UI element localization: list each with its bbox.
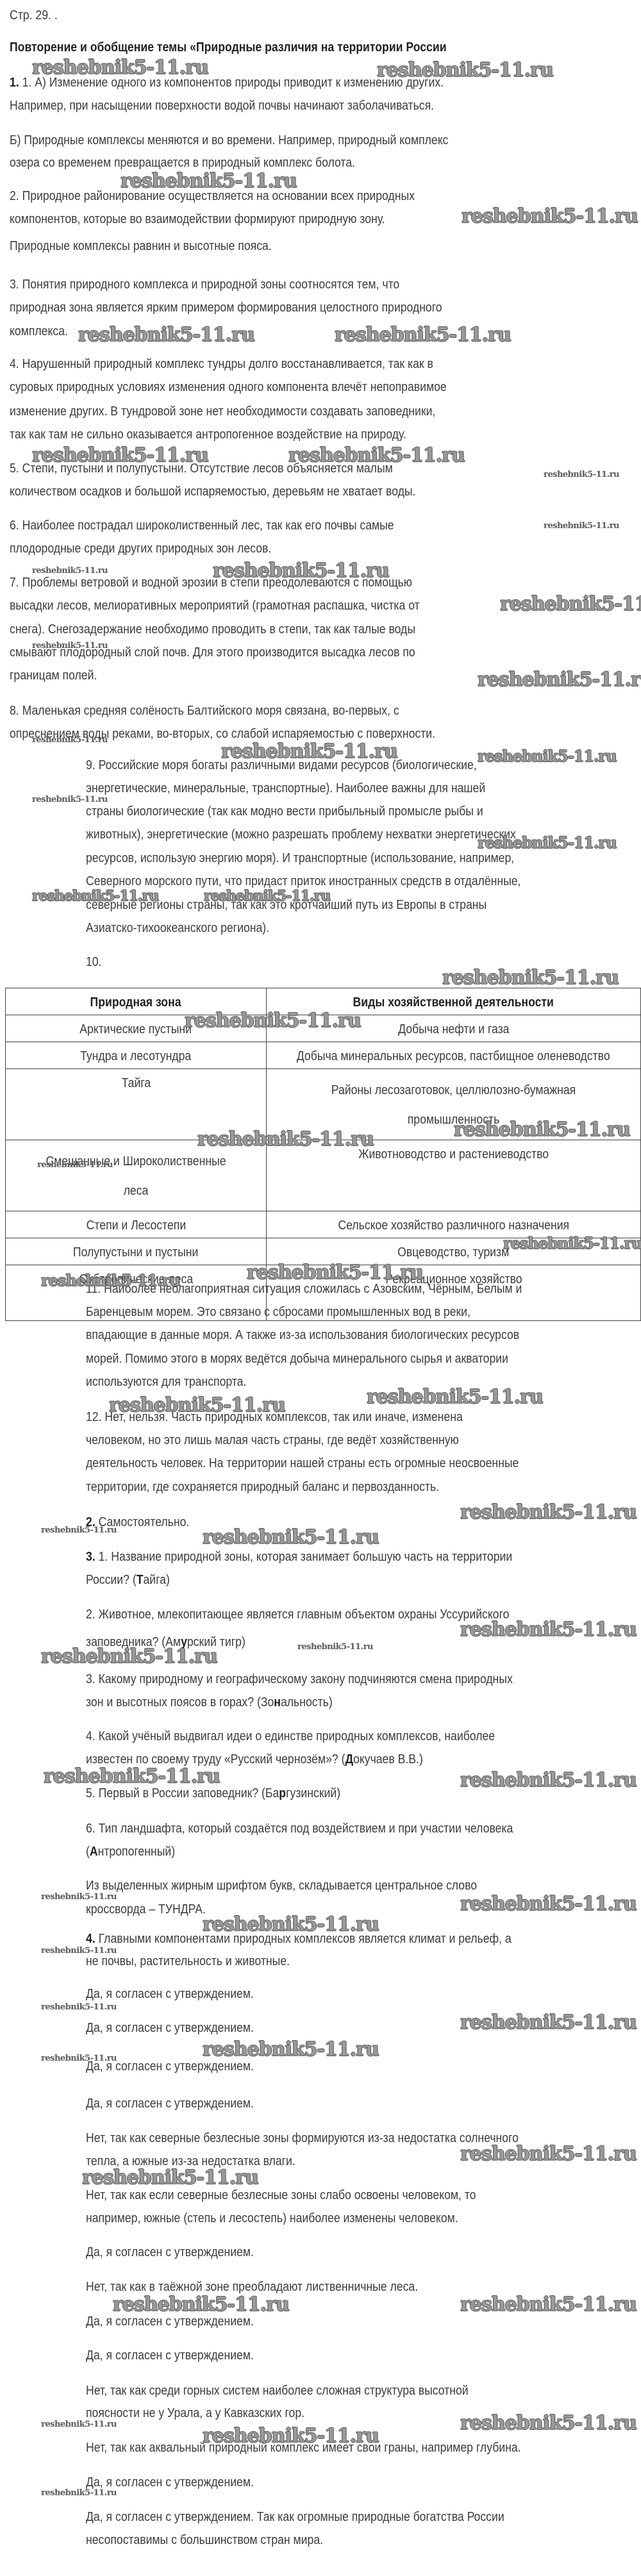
task1-line: морей. Помимо этого в морях ведётся добы…	[86, 1351, 508, 1366]
page-title: Повторение и обобщение темы «Природные р…	[10, 40, 447, 54]
task1-line: Б) Природные комплексы меняются и во вре…	[10, 133, 448, 147]
task3-line: 5. Первый в России заповедник? (Баргузин…	[86, 1786, 340, 1800]
watermark: reshebnik5-11.ru	[32, 641, 108, 651]
watermark: reshebnik5-11.ru	[460, 2293, 637, 2316]
watermark: reshebnik5-11.ru	[109, 1394, 285, 1417]
watermark: reshebnik5-11.ru	[500, 593, 641, 615]
table-cell: Тундра и лесотундра	[6, 1042, 267, 1069]
task3-line: России? (Тайга)	[86, 1572, 170, 1587]
watermark: reshebnik5-11.ru	[185, 1010, 361, 1032]
task3-line: 3. 1. Название природной зоны, которая з…	[86, 1549, 512, 1564]
watermark: reshebnik5-11.ru	[44, 1765, 220, 1788]
task-number: 3.	[86, 1549, 96, 1564]
watermark: reshebnik5-11.ru	[460, 1501, 637, 1524]
watermark: reshebnik5-11.ru	[203, 2038, 379, 2061]
watermark: reshebnik5-11.ru	[442, 967, 619, 989]
task1-line: 4. Нарушенный природный комплекс тундры …	[10, 356, 433, 371]
table-cell: Степи и Лесостепи	[6, 1211, 267, 1238]
task1-line: Северного морского пути, что придаст при…	[86, 874, 520, 888]
task1-line: комплекса.	[10, 324, 68, 338]
task1-line: Азиатско-тихоокеанского региона).	[86, 920, 269, 935]
watermark: reshebnik5-11.ru	[41, 1946, 117, 1956]
task4-line: Да, я согласен с утверждением.	[86, 2475, 254, 2489]
task1-line: животных), энергетические (можно разреша…	[86, 827, 516, 842]
watermark: reshebnik5-11.ru	[197, 1128, 374, 1151]
task1-line: впадающие в данные моря. А также из-за и…	[86, 1327, 519, 1342]
task1-line: страны биологические (так как модно вест…	[86, 804, 483, 819]
task1-line: суровых природных условиях изменения одн…	[10, 379, 447, 394]
watermark: reshebnik5-11.ru	[460, 1893, 637, 1915]
watermark: reshebnik5-11.ru	[478, 833, 617, 852]
watermark: reshebnik5-11.ru	[544, 470, 619, 479]
table-row: Тундра и лесотундра Добыча минеральных р…	[6, 1042, 641, 1069]
task4-line: Нет, так как если северные безлесные зон…	[86, 2188, 476, 2202]
watermark: reshebnik5-11.ru	[82, 2166, 258, 2189]
task1-line: используются для транспорта.	[86, 1374, 246, 1389]
task1-line: природная зона является ярким примером ф…	[10, 300, 442, 315]
task1-line: компонентов, которые во взаимодействии ф…	[10, 212, 385, 226]
task3-line: кроссворда – ТУНДРА.	[86, 1902, 206, 1916]
page-reference: Стр. 29. .	[10, 8, 58, 22]
watermark: reshebnik5-11.ru	[41, 1645, 217, 1668]
task3-line: (Антропогенный)	[86, 1844, 175, 1859]
task4-line: Нет, так как среди горных систем наиболе…	[86, 2383, 469, 2398]
watermark: reshebnik5-11.ru	[204, 888, 330, 904]
watermark: reshebnik5-11.ru	[32, 735, 108, 745]
watermark: reshebnik5-11.ru	[460, 2143, 637, 2165]
watermark: reshebnik5-11.ru	[121, 170, 297, 192]
watermark: reshebnik5-11.ru	[32, 444, 208, 467]
task3-line: известен по своему труду «Русский черноз…	[86, 1752, 423, 1766]
task4-line: несопоставимы с большинством стран мира.	[86, 2532, 323, 2547]
watermark: reshebnik5-11.ru	[297, 1642, 373, 1652]
crossword-letter: н	[274, 1695, 281, 1709]
task1-line: 10.	[86, 954, 102, 969]
crossword-letter: А	[90, 1844, 98, 1859]
task3-line: 2. Животное, млекопитающее является глав…	[86, 1607, 509, 1622]
watermark: reshebnik5-11.ru	[460, 1769, 637, 1791]
watermark: reshebnik5-11.ru	[41, 2002, 117, 2012]
task3-line: Из выделенных жирным шрифтом букв, склад…	[86, 1878, 477, 1893]
task1-line: энергетические, минеральные, транспортны…	[86, 781, 485, 795]
task4-line: Да, я согласен с утверждением. Так как о…	[86, 2509, 504, 2524]
watermark: reshebnik5-11.ru	[78, 324, 254, 346]
crossword-letter: Т	[137, 1572, 144, 1587]
crossword-letter: р	[279, 1786, 286, 1800]
watermark: reshebnik5-11.ru	[113, 2293, 289, 2316]
watermark: reshebnik5-11.ru	[462, 205, 638, 228]
task1-line: изменение других. В тундровой зоне нет н…	[10, 404, 435, 419]
task4-line: Да, я согласен с утверждением.	[86, 1986, 254, 2001]
watermark: reshebnik5-11.ru	[367, 1386, 543, 1408]
watermark: reshebnik5-11.ru	[32, 566, 108, 576]
task4-line: Нет, так как в таёжной зоне преобладают …	[86, 2279, 418, 2294]
watermark: reshebnik5-11.ru	[203, 1913, 379, 1936]
watermark: reshebnik5-11.ru	[37, 1160, 113, 1170]
watermark: reshebnik5-11.ru	[460, 2412, 637, 2434]
watermark: reshebnik5-11.ru	[41, 2420, 117, 2429]
task3-line: 4. Какой учёный выдвигал идеи о единстве…	[86, 1729, 495, 1743]
watermark: reshebnik5-11.ru	[288, 444, 465, 467]
task4-line: Да, я согласен с утверждением.	[86, 2096, 254, 2111]
watermark: reshebnik5-11.ru	[478, 747, 617, 765]
task1-line: количеством осадков и большой испаряемос…	[10, 484, 415, 499]
watermark: reshebnik5-11.ru	[41, 1892, 117, 1902]
crossword-letter: Д	[345, 1752, 353, 1766]
watermark: reshebnik5-11.ru	[454, 1118, 630, 1141]
watermark: reshebnik5-11.ru	[503, 1234, 641, 1252]
task4-line: Да, я согласен с утверждением.	[86, 2020, 254, 2035]
task-number: 4.	[86, 1931, 96, 1946]
watermark: reshebnik5-11.ru	[544, 521, 619, 531]
task1-line: высадки лесов, мелиоративных мероприятий…	[10, 598, 420, 613]
watermark: reshebnik5-11.ru	[41, 1271, 180, 1290]
watermark: reshebnik5-11.ru	[213, 560, 389, 582]
table-cell: Добыча минеральных ресурсов, пастбищное …	[267, 1042, 641, 1069]
watermark: reshebnik5-11.ru	[203, 2425, 379, 2447]
watermark: reshebnik5-11.ru	[247, 1261, 423, 1284]
watermark: reshebnik5-11.ru	[478, 669, 641, 691]
task1-line: деятельность человек. На территории наше…	[86, 1456, 519, 1470]
watermark: reshebnik5-11.ru	[460, 2011, 637, 2034]
task4-line: поясности не у Урала, а у Кавказских гор…	[86, 2406, 304, 2420]
task1-line: 8. Маленькая средняя солёность Балтийско…	[10, 703, 399, 718]
task1-line: границам полей.	[10, 668, 97, 683]
watermark: reshebnik5-11.ru	[41, 1525, 117, 1535]
watermark: reshebnik5-11.ru	[460, 1618, 637, 1641]
watermark: reshebnik5-11.ru	[41, 2054, 117, 2063]
task1-line: Например, при насыщении поверхности водо…	[10, 98, 434, 113]
task1-line: озера со временем превращается в природн…	[10, 155, 355, 170]
task4-line: не почвы, растительность и животные.	[86, 1954, 290, 1968]
task4-line: например, южные (степь и лесостепь) наиб…	[86, 2211, 458, 2225]
watermark: reshebnik5-11.ru	[32, 56, 208, 79]
task1-line: снега). Снегозадержание необходимо прово…	[10, 622, 415, 636]
task1-line: человеком, но это лишь малая часть стран…	[86, 1433, 459, 1447]
watermark: reshebnik5-11.ru	[41, 2488, 117, 2498]
task3-line: 6. Тип ландшафта, который создаётся под …	[86, 1821, 513, 1836]
task1-line: ресурсов, использую энергию моря). И тра…	[86, 851, 514, 865]
task3-line: 3. Какому природному и географическому з…	[86, 1672, 513, 1686]
task1-line: плодородные среди других природных зон л…	[10, 541, 271, 556]
task4-line: Да, я согласен с утверждением.	[86, 2245, 254, 2259]
table-cell: Полупустыни и пустыни	[6, 1238, 267, 1265]
watermark: reshebnik5-11.ru	[203, 1526, 379, 1549]
watermark: reshebnik5-11.ru	[32, 888, 158, 904]
task4-line: Да, я согласен с утверждением.	[86, 2314, 254, 2329]
watermark: reshebnik5-11.ru	[335, 324, 511, 346]
task3-line: зон и высотных поясов в горах? (Зонально…	[86, 1695, 333, 1709]
task1-line: 3. Понятия природного комплекса и природ…	[10, 277, 399, 292]
watermark: reshebnik5-11.ru	[377, 59, 553, 81]
task1-line: Природные комплексы равнин и высотные по…	[10, 238, 272, 253]
task1-line: территории, где сохраняется природный ба…	[86, 1479, 439, 1494]
table-row: Смешанные и Широколиственные леса Животн…	[6, 1140, 641, 1211]
task1-line: 6. Наиболее пострадал широколиственный л…	[10, 518, 394, 533]
task4-line: Да, я согласен с утверждением.	[86, 2348, 254, 2363]
task1-line: так как там не сильно оказывается антроп…	[10, 427, 406, 442]
watermark: reshebnik5-11.ru	[32, 795, 108, 804]
task1-line: Баренцевым морем. Это связано с сбросами…	[86, 1304, 470, 1319]
table-cell: Смешанные и Широколиственные леса	[6, 1140, 267, 1211]
watermark: reshebnik5-11.ru	[221, 740, 397, 763]
table-cell: Животноводство и растениеводство	[267, 1140, 641, 1211]
task-number: 1.	[10, 75, 19, 90]
task4-line: Нет, так как северные безлесные зоны фор…	[86, 2131, 519, 2145]
